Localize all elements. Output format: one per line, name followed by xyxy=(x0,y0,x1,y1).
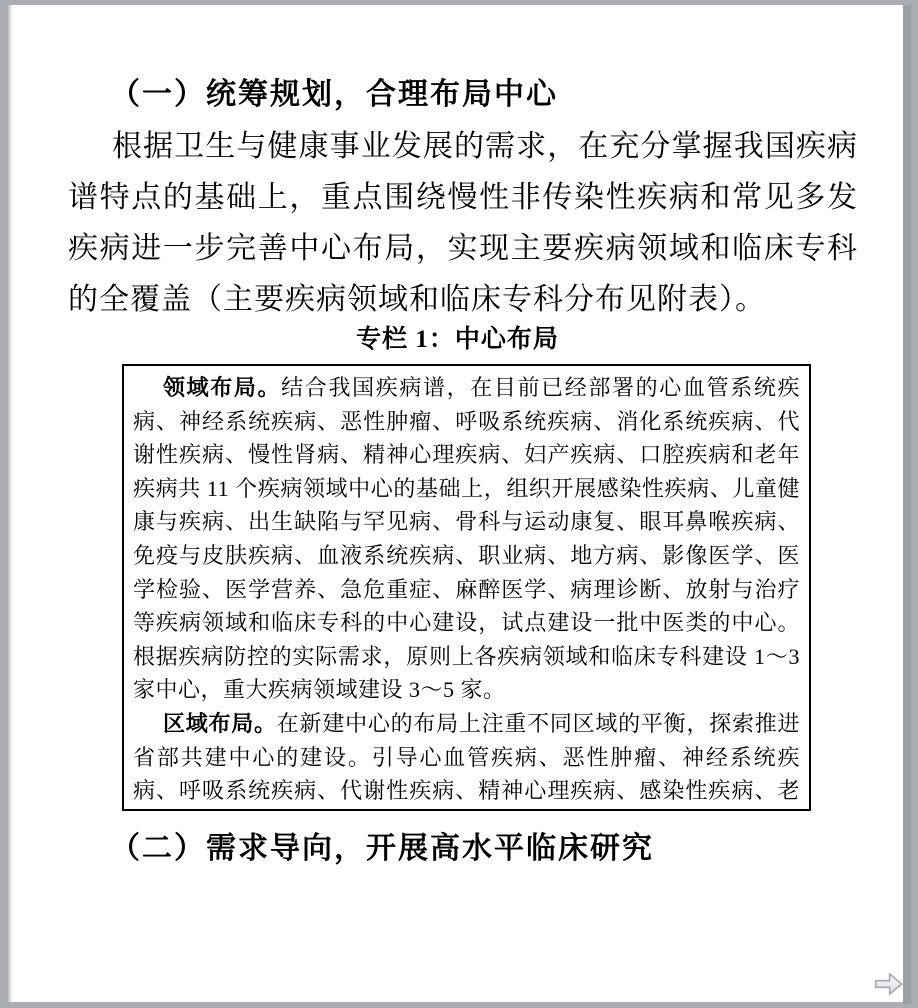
box-title: 专栏 1：中心布局 xyxy=(122,319,793,355)
box-paragraph-region-layout-label: 区域布局。 xyxy=(163,711,277,736)
box-paragraph-domain-layout: 领域布局。结合我国疾病谱，在目前已经部署的心血管系统疾病、神经系统疾病、恶性肿瘤… xyxy=(133,371,800,707)
column-box: 领域布局。结合我国疾病谱，在目前已经部署的心血管系统疾病、神经系统疾病、恶性肿瘤… xyxy=(122,364,811,811)
section-heading-2: （二）需求导向，开展高水平临床研究 xyxy=(110,823,654,867)
intro-paragraph: 根据卫生与健康事业发展的需求，在充分掌握我国疾病谱特点的基础上，重点围绕慢性非传… xyxy=(68,121,858,325)
document-page: （一）统筹规划，合理布局中心 根据卫生与健康事业发展的需求，在充分掌握我国疾病谱… xyxy=(7,5,903,1002)
section-heading-1: （一）统筹规划，合理布局中心 xyxy=(110,69,558,113)
box-paragraph-region-layout: 区域布局。在新建中心的布局上注重不同区域的平衡，探索推进省部共建中心的建设。引导… xyxy=(133,707,800,811)
page-shadow xyxy=(903,5,911,1004)
document-viewer: （一）统筹规划，合理布局中心 根据卫生与健康事业发展的需求，在充分掌握我国疾病谱… xyxy=(0,0,918,1008)
next-page-arrow-icon[interactable] xyxy=(873,968,905,1000)
box-paragraph-domain-layout-label: 领域布局。 xyxy=(163,375,281,400)
box-paragraph-domain-layout-text: 结合我国疾病谱，在目前已经部署的心血管系统疾病、神经系统疾病、恶性肿瘤、呼吸系统… xyxy=(133,375,800,702)
